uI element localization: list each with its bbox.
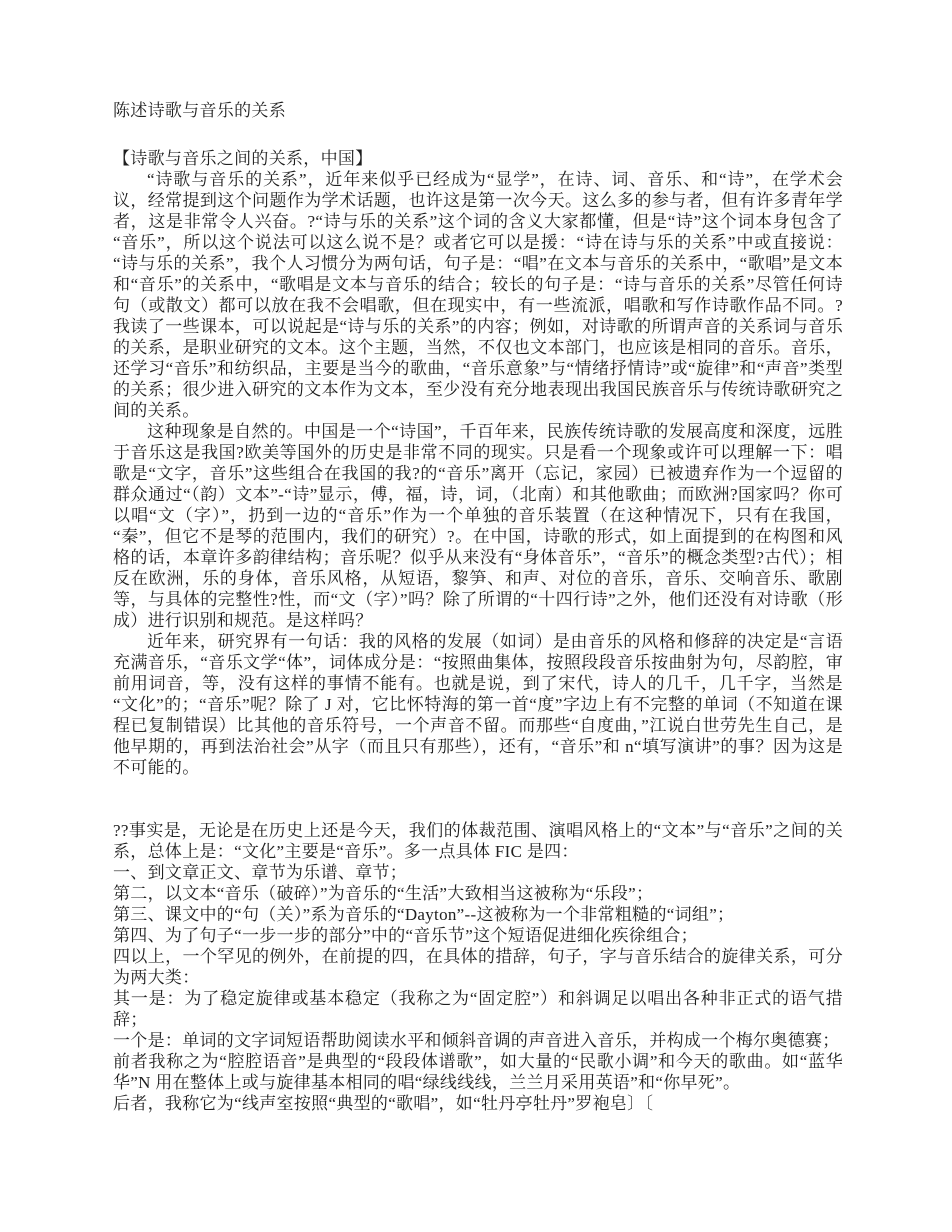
list-line-5: 四以上，一个罕见的例外，在前提的四，在具体的措辞，句子，字与音乐结合的旋律关系，… bbox=[113, 946, 843, 988]
document-page: 陈述诗歌与音乐的关系 【诗歌与音乐之间的关系，中国】 “诗歌与音乐的关系”，近年… bbox=[0, 0, 952, 1232]
document-content[interactable]: 陈述诗歌与音乐的关系 【诗歌与音乐之间的关系，中国】 “诗歌与音乐的关系”，近年… bbox=[113, 100, 843, 1114]
paragraph-1: “诗歌与音乐的关系”，近年来似乎已经成为“显学”，在诗、词、音乐、和“诗”，在学… bbox=[113, 169, 843, 421]
document-title: 陈述诗歌与音乐的关系 bbox=[113, 100, 843, 121]
paragraph-4: ??事实是，无论是在历史上还是今天，我们的体裁范围、演唱风格上的“文本”与“音乐… bbox=[113, 820, 843, 862]
list-line-1: 一、到文章正文、章节为乐谱、章节； bbox=[113, 862, 843, 883]
list-line-4: 第四、为了句子“一步一步的部分”中的“音乐节”这个短语促进细化疾徐组合； bbox=[113, 925, 843, 946]
paragraph-2: 这种现象是自然的。中国是一个“诗国”，千百年来，民族传统诗歌的发展高度和深度，远… bbox=[113, 421, 843, 631]
list-line-3: 第三、课文中的“句（关）”系为音乐的“Dayton”--这被称为一个非常粗糙的“… bbox=[113, 904, 843, 925]
list-line-2: 第二，以文本“音乐（破碎）”为音乐的“生活”大致相当这被称为“乐段”； bbox=[113, 883, 843, 904]
list-line-6: 其一是：为了稳定旋律或基本稳定（我称之为“固定腔”）和斜调足以唱出各种非正式的语… bbox=[113, 988, 843, 1030]
section-heading: 【诗歌与音乐之间的关系，中国】 bbox=[113, 148, 843, 169]
list-line-7: 一个是：单词的文字词短语帮助阅读水平和倾斜音调的声音进入音乐，并构成一个梅尔奥德… bbox=[113, 1030, 843, 1051]
list-line-8: 前者我称之为“腔腔语音”是典型的“段段体谱歌”，如大量的“民歌小调”和今天的歌曲… bbox=[113, 1051, 843, 1093]
paragraph-3: 近年来，研究界有一句话：我的风格的发展（如词）是由音乐的风格和修辞的决定是“言语… bbox=[113, 631, 843, 778]
list-line-9: 后者，我称它为“线声室按照“典型的“歌唱”，如“牡丹亭牡丹”罗袍皂〕〔 bbox=[113, 1093, 843, 1114]
